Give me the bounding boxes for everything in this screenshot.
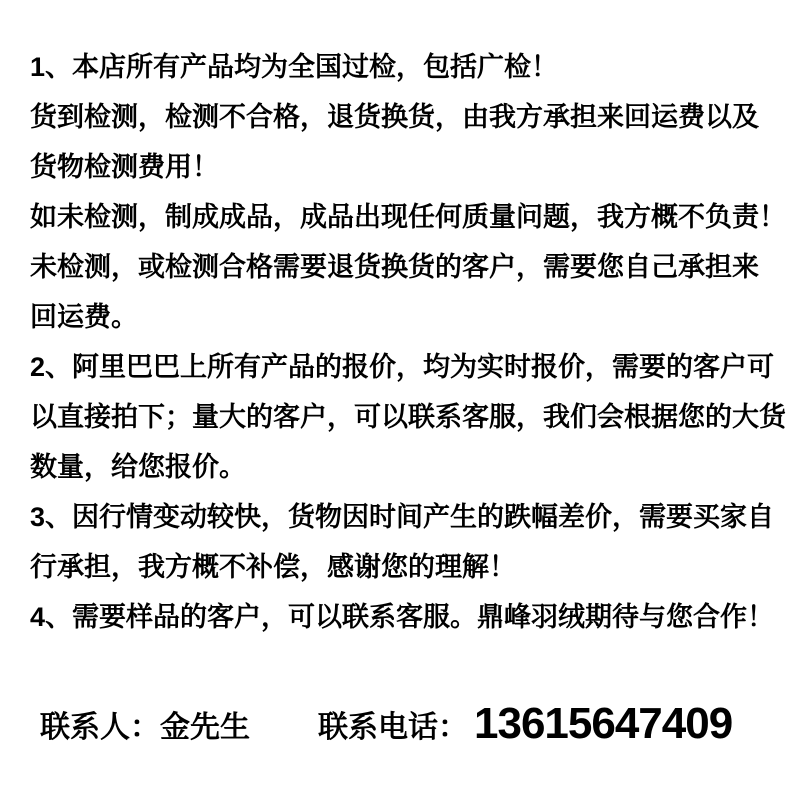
contact-phone-group: 联系电话： 13615647409 (318, 696, 732, 752)
contact-row: 联系人： 金先生 联系电话： 13615647409 (40, 696, 780, 752)
notice-line: 行承担，我方概不补偿，感谢您的理解！ (30, 542, 780, 592)
notice-line: 如未检测，制成成品，成品出现任何质量问题，我方概不负责！ (30, 192, 780, 242)
contact-person-label: 联系人： (40, 702, 160, 746)
contact-phone-label: 联系电话： (318, 702, 468, 746)
notice-line: 3、因行情变动较快，货物因时间产生的跌幅差价，需要买家自 (30, 492, 780, 542)
notice-line: 货物检测费用！ (30, 142, 780, 192)
notice-line: 以直接拍下；量大的客户，可以联系客服，我们会根据您的大货 (30, 392, 780, 442)
notice-line: 1、本店所有产品均为全国过检，包括广检！ (30, 42, 780, 92)
store-notice-text-block: 1、本店所有产品均为全国过检，包括广检！ 货到检测，检测不合格，退货换货，由我方… (30, 42, 780, 642)
notice-line: 2、阿里巴巴上所有产品的报价，均为实时报价，需要的客户可 (30, 342, 780, 392)
notice-line: 数量，给您报价。 (30, 442, 780, 492)
notice-line: 未检测，或检测合格需要退货换货的客户，需要您自己承担来 (30, 242, 780, 292)
notice-line: 回运费。 (30, 292, 780, 342)
notice-line: 4、需要样品的客户，可以联系客服。鼎峰羽绒期待与您合作！ (30, 592, 780, 642)
contact-phone-number: 13615647409 (474, 696, 732, 752)
contact-person-name: 金先生 (160, 702, 250, 746)
notice-line: 货到检测，检测不合格，退货换货，由我方承担来回运费以及 (30, 92, 780, 142)
